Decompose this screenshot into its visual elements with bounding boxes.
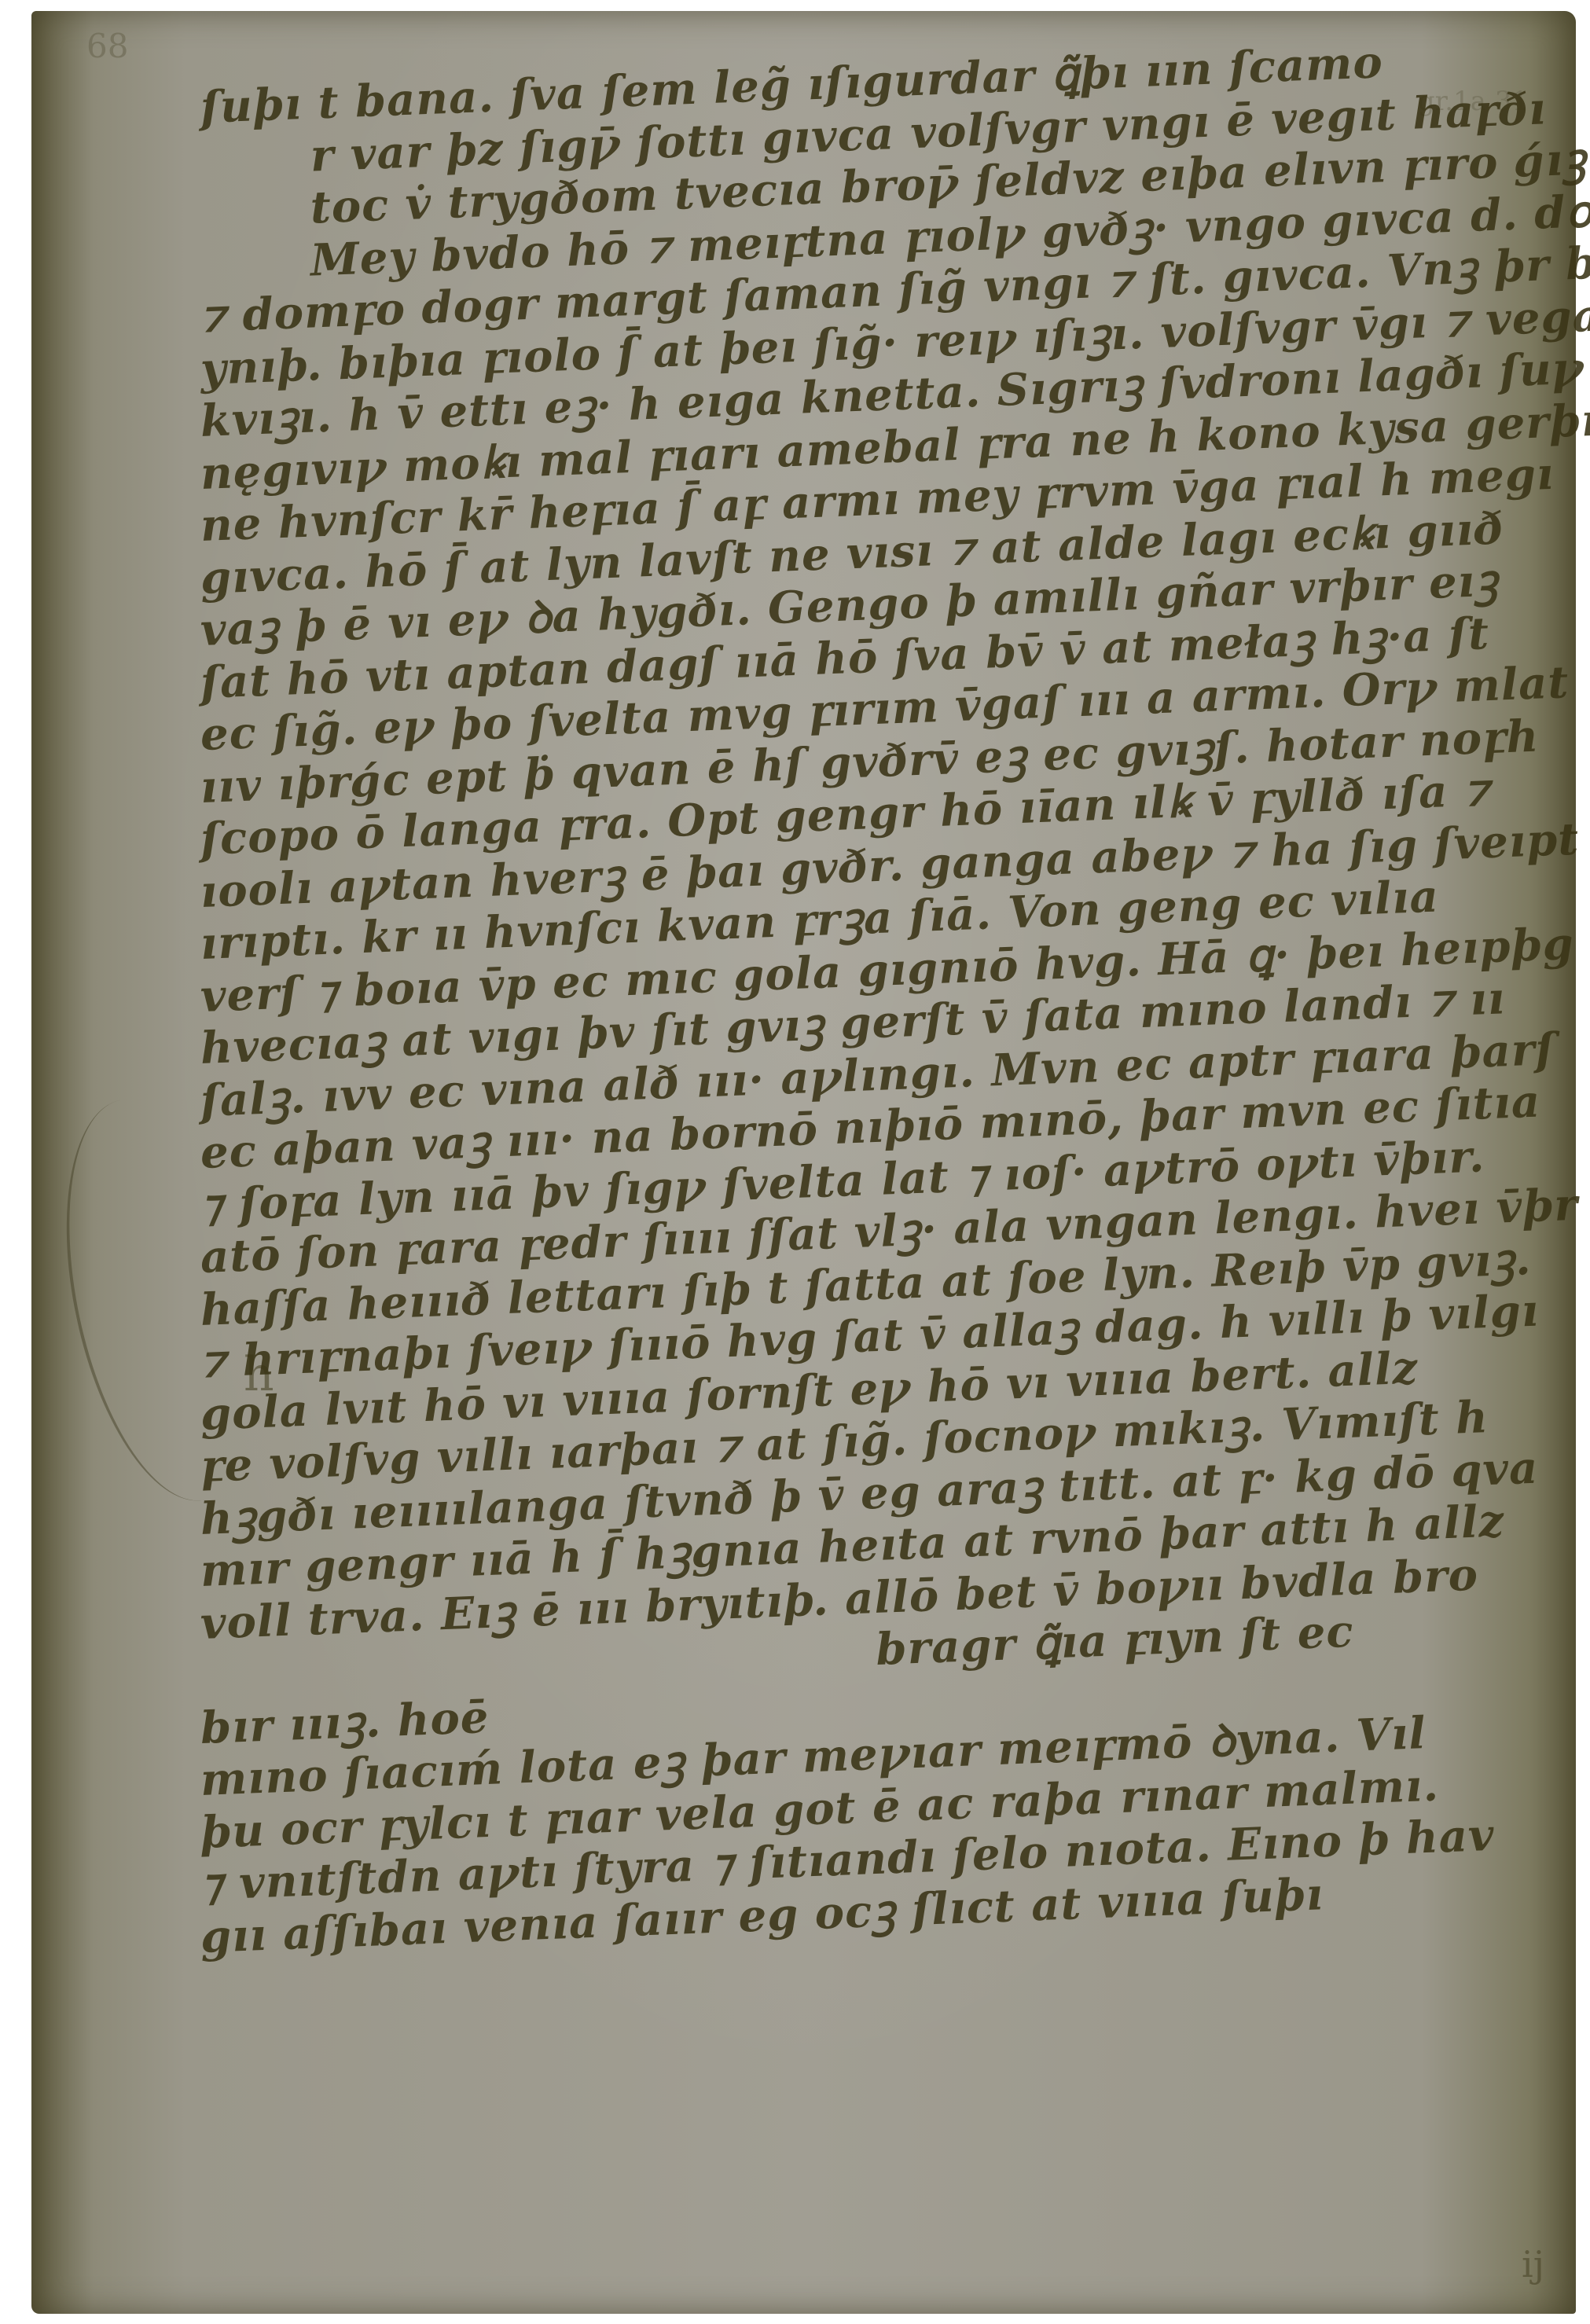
manuscript-text-block: ſuþı t bana. ſva ſem leg̃ ıſıgurdar ꝗ̃þı… (200, 82, 1489, 1963)
right-margin-mark: ij (1522, 2243, 1544, 2285)
folio-number: 68 (86, 27, 128, 65)
manuscript-leaf: 68 gr.1a 31 h ij ſuþı t bana. ſva ſem le… (31, 11, 1576, 2314)
